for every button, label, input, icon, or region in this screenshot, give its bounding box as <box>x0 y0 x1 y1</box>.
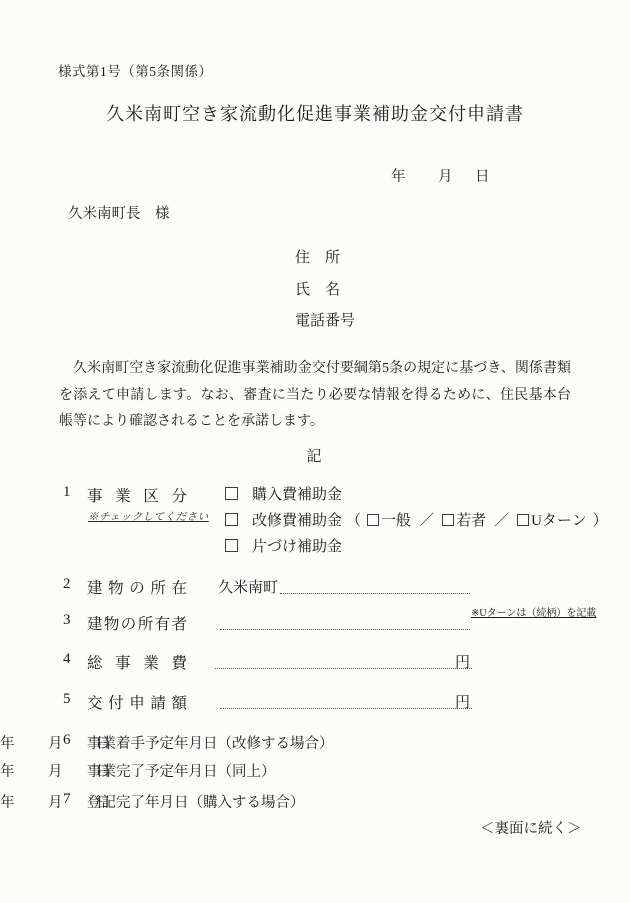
item-application-amount: 5 交付申請額 円 <box>0 691 630 709</box>
day-label: 日 <box>475 165 490 186</box>
category-options: 購入費補助金 改修費補助金（一般／若者／Uターン） 片づけ補助金 <box>225 482 608 560</box>
item-completion-date: 事業完了予定年月日（同上） 年 月 日 <box>0 760 630 778</box>
checkbox-uturn[interactable] <box>517 514 529 526</box>
checkbox-renovation-subsidy[interactable] <box>225 513 238 526</box>
building-location-input-line[interactable] <box>280 576 470 594</box>
year-label: 年 <box>0 732 15 753</box>
form-number: 様式第1号（第5条関係） <box>58 60 213 80</box>
item-start-date: 6 事業着手予定年月日（改修する場合） 年 月 日 <box>0 732 630 750</box>
item-label: 総事業費 <box>87 651 187 673</box>
applicant-address-label: 住 所 <box>295 248 355 280</box>
applicant-name-label: 氏 名 <box>295 280 355 312</box>
check-instruction-note: ※チェックしてください <box>88 509 209 524</box>
option-label: 購入費補助金 <box>252 487 342 503</box>
separator-slash: ／ <box>494 513 509 529</box>
item-label: 事業着手予定年月日（改修する場合） <box>87 732 334 753</box>
option-label: 片づけ補助金 <box>252 539 342 555</box>
separator-slash: ／ <box>419 513 434 529</box>
sub-option-uturn-label: Uターン <box>531 513 587 529</box>
item-number: 3 <box>63 612 71 629</box>
building-owner-input-line[interactable] <box>220 612 470 630</box>
building-location-prefix: 久米南町 <box>218 576 278 597</box>
year-label: 年 <box>391 165 406 186</box>
year-label: 年 <box>0 760 15 781</box>
option-label: 改修費補助金 <box>252 513 342 529</box>
yen-unit-label: 円 <box>455 691 470 712</box>
applicant-phone-label: 電話番号 <box>295 311 355 343</box>
checkbox-young[interactable] <box>442 514 454 526</box>
item-number: 6 <box>63 732 71 749</box>
item-label: 事業区分 <box>87 484 187 506</box>
body-paragraph: 久米南町空き家流動化促進事業補助金交付要綱第5条の規定に基づき、関係書類を添えて… <box>59 356 571 436</box>
paren-close: ） <box>593 513 608 529</box>
item-label: 登記完了年月日（購入する場合） <box>87 791 305 812</box>
month-label: 月 <box>48 732 63 753</box>
option-purchase-subsidy: 購入費補助金 <box>225 482 608 508</box>
option-cleanup-subsidy: 片づけ補助金 <box>225 534 608 560</box>
application-amount-input-line[interactable] <box>220 691 472 709</box>
paren-open: （ <box>346 513 361 529</box>
continue-on-back-note: ＜裏面に続く＞ <box>480 817 582 838</box>
item-building-location: 2 建物の所在 久米南町 <box>0 576 630 594</box>
item-number: 7 <box>63 791 71 808</box>
checkbox-purchase-subsidy[interactable] <box>225 487 238 500</box>
month-label: 月 <box>48 760 63 781</box>
item-label: 建物の所在 <box>87 576 187 598</box>
applicant-block: 住 所 氏 名 電話番号 <box>295 248 355 343</box>
day-label: 日 <box>96 760 111 781</box>
month-label: 月 <box>48 791 63 812</box>
sub-option-young-label: 若者 <box>456 513 486 529</box>
day-label: 日 <box>96 732 111 753</box>
item-number: 4 <box>63 651 71 668</box>
item-registration-date: 7 登記完了年月日（購入する場合） 年 月 日 <box>0 791 630 809</box>
item-label: 建物の所有者 <box>87 612 187 634</box>
item-number: 5 <box>63 691 71 708</box>
item-number: 2 <box>63 576 71 593</box>
sub-option-general-label: 一般 <box>381 513 411 529</box>
item-label: 交付申請額 <box>87 691 187 713</box>
yen-unit-label: 円 <box>455 651 470 672</box>
checkbox-general[interactable] <box>367 514 379 526</box>
month-label: 月 <box>438 165 453 186</box>
item-total-cost: 4 総事業費 円 <box>0 651 630 669</box>
document-page: 様式第1号（第5条関係） 久米南町空き家流動化促進事業補助金交付申請書 年 月 … <box>0 0 630 903</box>
document-title: 久米南町空き家流動化促進事業補助金交付申請書 <box>0 100 630 126</box>
uturn-relationship-note: ※Uターンは（続柄）を記載 <box>471 604 596 619</box>
checkbox-cleanup-subsidy[interactable] <box>225 539 238 552</box>
item-label: 事業完了予定年月日（同上） <box>87 760 276 781</box>
total-cost-input-line[interactable] <box>215 651 472 669</box>
addressee: 久米南町長 様 <box>68 202 170 223</box>
item-business-category: 1 事業区分 ※チェックしてください 購入費補助金 改修費補助金（一般／若者／U… <box>0 484 630 502</box>
year-label: 年 <box>0 791 15 812</box>
list-heading: 記 <box>0 445 630 466</box>
day-label: 日 <box>96 791 111 812</box>
item-number: 1 <box>63 484 71 501</box>
option-renovation-subsidy: 改修費補助金（一般／若者／Uターン） <box>225 508 608 534</box>
